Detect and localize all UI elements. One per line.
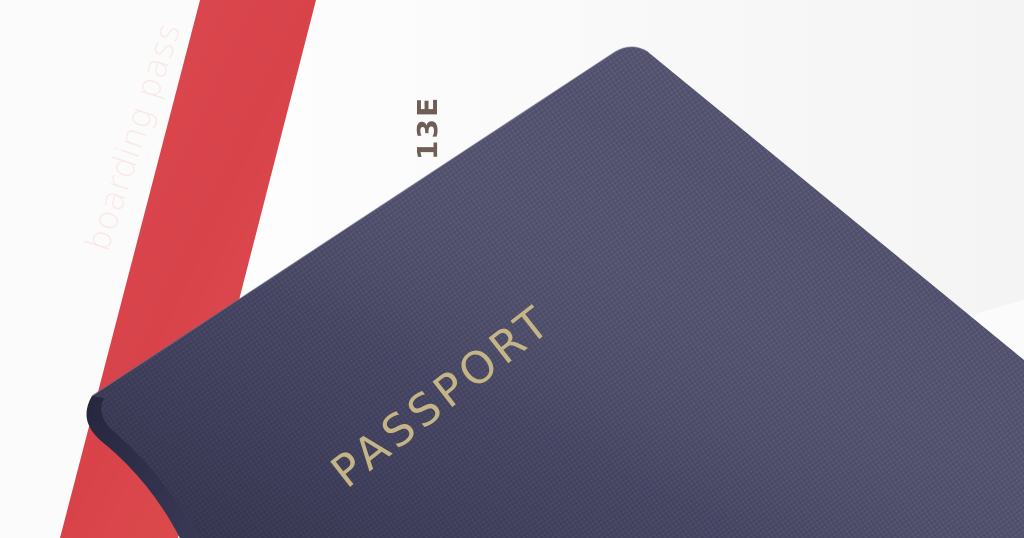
photo-scene: boarding pass 13E [0, 0, 1024, 538]
passport-cover [0, 0, 1024, 538]
